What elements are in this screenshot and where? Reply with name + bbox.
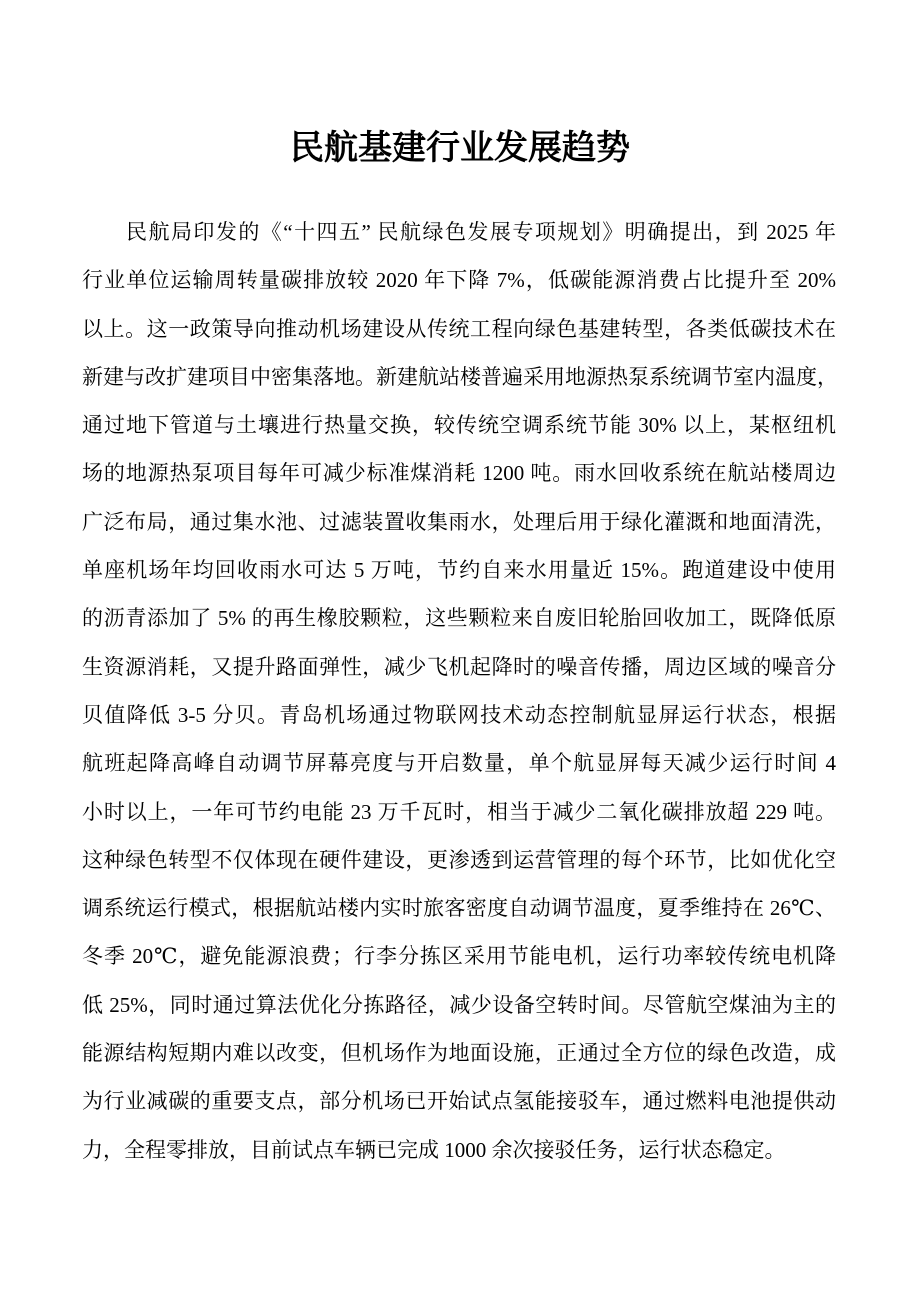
paragraph-line: 民航局印发的《“十四五” 民航绿色发展专项规划》明确提出，到 2025 年 (82, 208, 836, 256)
paragraph-line: 力，全程零排放，目前试点车辆已完成 1000 余次接驳任务，运行状态稳定。 (82, 1126, 836, 1174)
paragraph-line: 场的地源热泵项目每年可减少标准煤消耗 1200 吨。雨水回收系统在航站楼周边 (82, 449, 836, 497)
paragraph-line: 能源结构短期内难以改变，但机场作为地面设施，正通过全方位的绿色改造，成 (82, 1029, 836, 1077)
paragraph-line: 低 25%，同时通过算法优化分拣路径，减少设备空转时间。尽管航空煤油为主的 (82, 981, 836, 1029)
paragraph-line: 以上。这一政策导向推动机场建设从传统工程向绿色基建转型，各类低碳技术在 (82, 305, 836, 353)
paragraph-line: 冬季 20℃，避免能源浪费；行李分拣区采用节能电机，运行功率较传统电机降 (82, 932, 836, 980)
paragraph-line: 广泛布局，通过集水池、过滤装置收集雨水，处理后用于绿化灌溉和地面清洗， (82, 498, 836, 546)
paragraph-line: 这种绿色转型不仅体现在硬件建设，更渗透到运营管理的每个环节，比如优化空 (82, 836, 836, 884)
document-title: 民航基建行业发展趋势 (0, 125, 920, 171)
paragraph-line: 生资源消耗，又提升路面弹性，减少飞机起降时的噪音传播，周边区域的噪音分 (82, 643, 836, 691)
paragraph-line: 单座机场年均回收雨水可达 5 万吨，节约自来水用量近 15%。跑道建设中使用 (82, 546, 836, 594)
document-body: 民航局印发的《“十四五” 民航绿色发展专项规划》明确提出，到 2025 年 行业… (82, 208, 836, 1174)
document-page: 民航基建行业发展趋势 民航局印发的《“十四五” 民航绿色发展专项规划》明确提出，… (0, 0, 920, 1302)
paragraph-line: 贝值降低 3-5 分贝。青岛机场通过物联网技术动态控制航显屏运行状态，根据 (82, 691, 836, 739)
paragraph-line: 调系统运行模式，根据航站楼内实时旅客密度自动调节温度，夏季维持在 26℃、 (82, 884, 836, 932)
paragraph-line: 小时以上，一年可节约电能 23 万千瓦时，相当于减少二氧化碳排放超 229 吨。 (82, 788, 836, 836)
paragraph-line: 行业单位运输周转量碳排放较 2020 年下降 7%，低碳能源消费占比提升至 20… (82, 256, 836, 304)
paragraph-line: 为行业减碳的重要支点，部分机场已开始试点氢能接驳车，通过燃料电池提供动 (82, 1077, 836, 1125)
paragraph-line: 航班起降高峰自动调节屏幕亮度与开启数量，单个航显屏每天减少运行时间 4 (82, 739, 836, 787)
paragraph-line: 新建与改扩建项目中密集落地。新建航站楼普遍采用地源热泵系统调节室内温度， (82, 353, 836, 401)
paragraph-line: 通过地下管道与土壤进行热量交换，较传统空调系统节能 30% 以上，某枢纽机 (82, 401, 836, 449)
paragraph-line: 的沥青添加了 5% 的再生橡胶颗粒，这些颗粒来自废旧轮胎回收加工，既降低原 (82, 594, 836, 642)
